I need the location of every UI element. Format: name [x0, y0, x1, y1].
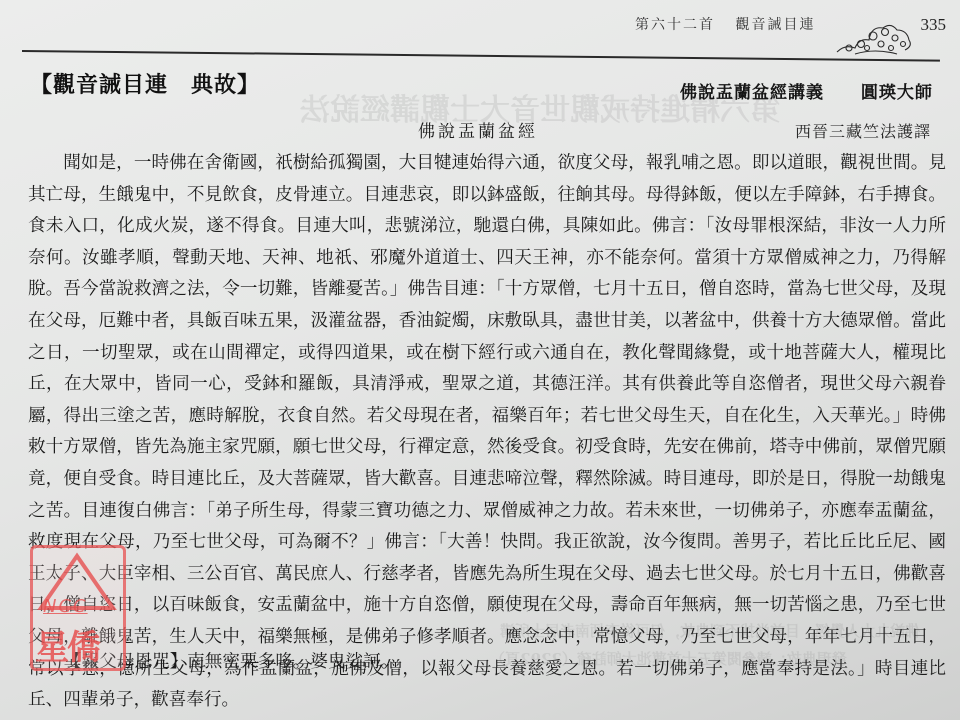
- watermark-name: 星僑: [35, 620, 99, 669]
- header-rule: [22, 50, 940, 62]
- section-title: 【觀音誡目連 典故】: [30, 68, 260, 99]
- cloud-ornament-icon: [835, 18, 913, 56]
- reference-author: 圓瑛大師: [861, 83, 933, 103]
- sutra-translator: 西晉三藏竺法護譯: [795, 119, 931, 142]
- running-head-title: 觀音誡目連: [735, 17, 815, 33]
- watermark-ncc: NCC: [43, 596, 88, 617]
- watermark-stamp: NCC 星僑: [30, 545, 126, 671]
- sutra-title: 佛說盂蘭盆經: [418, 117, 538, 142]
- sutra-body-paragraph: 聞如是，一時佛在舍衛國，祇樹給孤獨園，大目犍連始得六通，欲度父母，報乳哺之恩。即…: [28, 148, 946, 717]
- page-number: 335: [921, 15, 947, 35]
- running-head-chapter: 第六十二首: [635, 17, 715, 33]
- reference-citation: 佛說盂蘭盆經講義 圓瑛大師: [680, 78, 933, 103]
- reference-source: 佛說盂蘭盆經講義: [680, 83, 824, 103]
- sutra-text-box: 聞如是，一時佛在舍衛國，祇樹給孤獨園，大目犍連始得六通，欲度父母，報乳哺之恩。即…: [28, 148, 946, 618]
- running-head: 第六十二首 觀音誡目連: [635, 14, 815, 34]
